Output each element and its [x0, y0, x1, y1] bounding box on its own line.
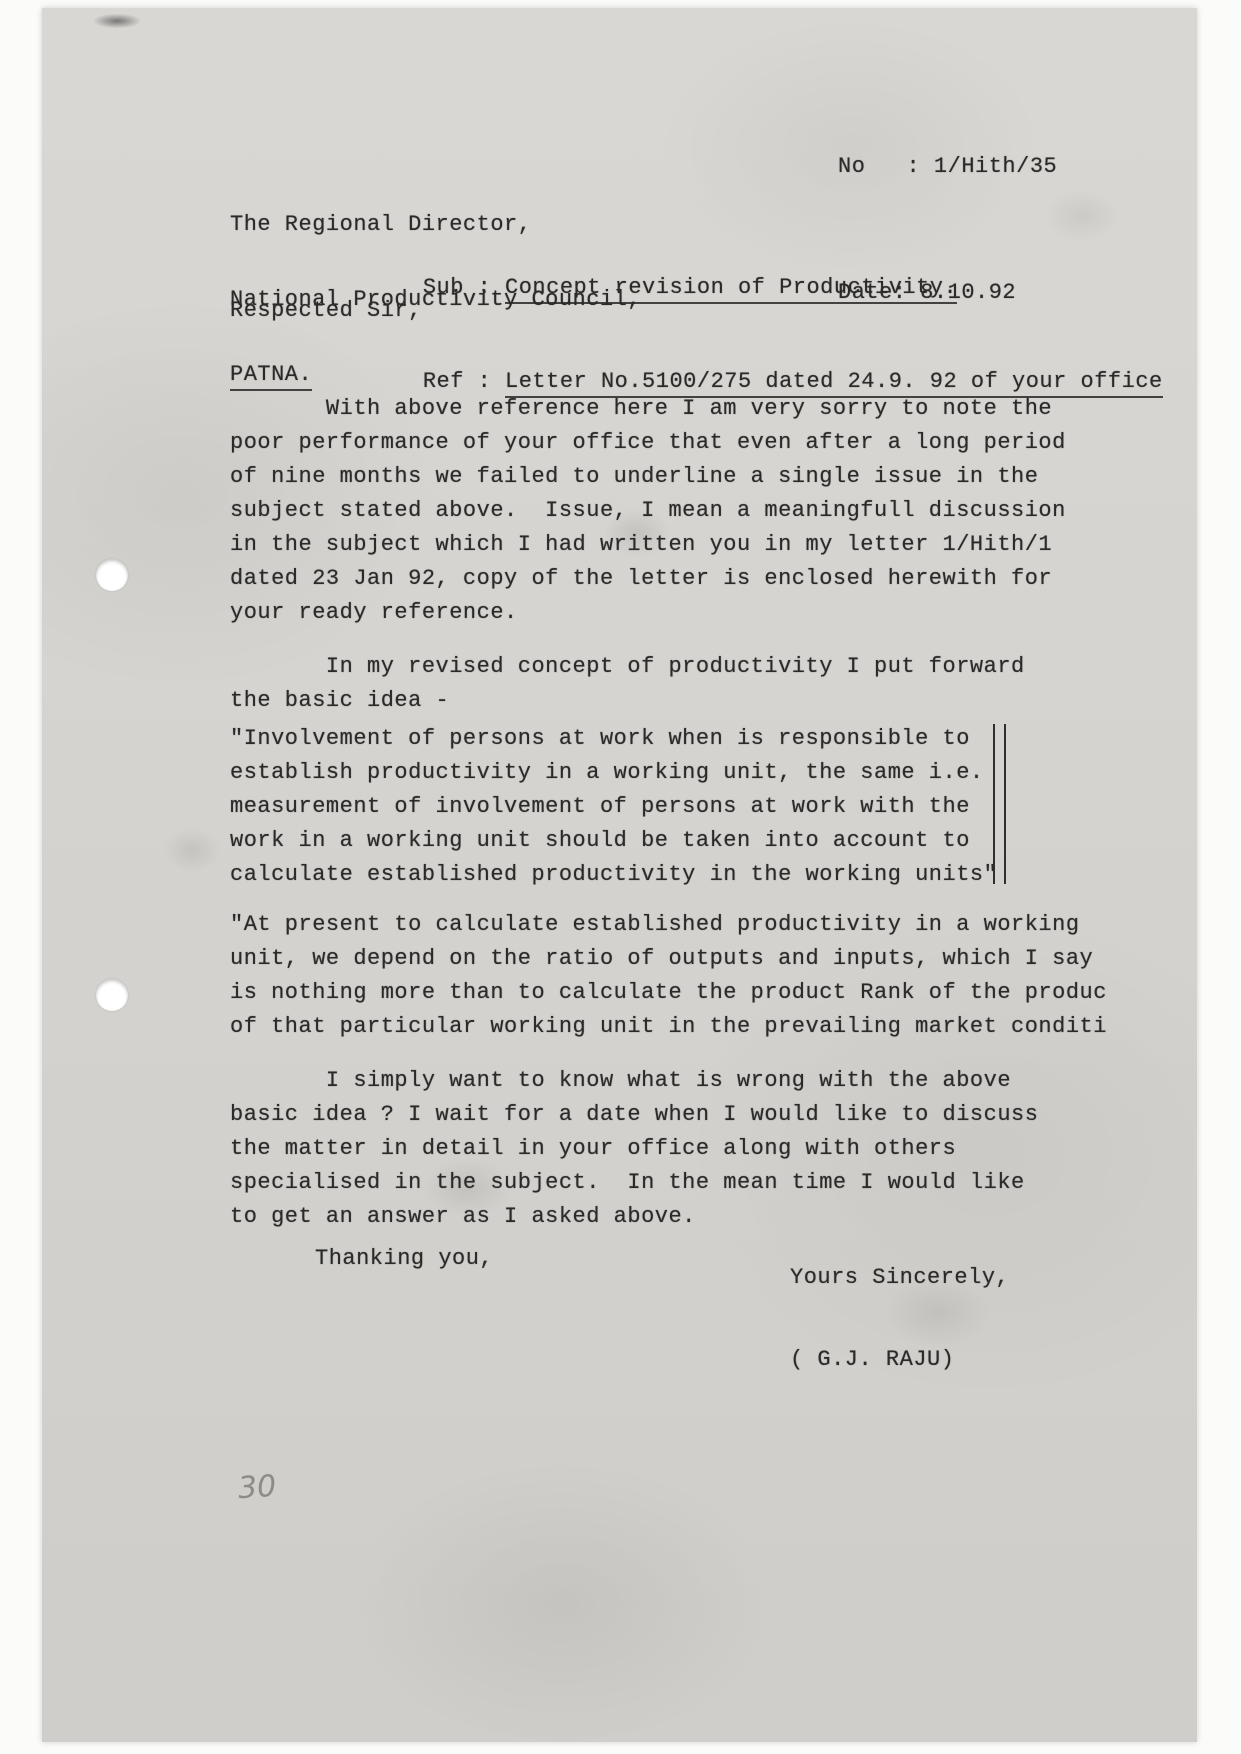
scan-smudge: [94, 14, 140, 28]
closing-thanking: Thanking you,: [315, 1246, 493, 1271]
paper-stain: [162, 828, 222, 873]
body-paragraph-1: With above reference here I am very sorr…: [230, 392, 1066, 630]
salutation: Respected Sir,: [230, 298, 422, 323]
subject-label: Sub :: [423, 275, 505, 300]
letter-paper: No : 1/Hith/35 Date: 8.10.92 The Regiona…: [42, 8, 1197, 1742]
signature-name: ( G.J. RAJU): [790, 1347, 954, 1372]
recipient-title: The Regional Director,: [230, 212, 641, 237]
handwritten-page-number: 30: [237, 1469, 278, 1507]
closing-sincerely: Yours Sincerely,: [790, 1265, 1009, 1290]
reference-label: Ref :: [423, 369, 505, 394]
subject-line: Sub : Concept revision of Productivity.: [368, 250, 957, 325]
body-paragraph-2: In my revised concept of productivity I …: [230, 650, 1025, 718]
scanned-letter-page: { "header": { "no_line": "No : 1/Hith/35…: [0, 0, 1241, 1754]
subject-text: Concept revision of Productivity.: [505, 275, 957, 304]
hole-punch-top: [96, 559, 128, 591]
quotation-block-2: "At present to calculate established pro…: [230, 908, 1107, 1044]
letter-number-line: No : 1/Hith/35: [838, 146, 1057, 188]
hole-punch-bottom: [96, 979, 128, 1011]
recipient-city-text: PATNA.: [230, 362, 312, 391]
quotation-block-1: "Involvement of persons at work when is …: [230, 722, 997, 892]
body-paragraph-3: I simply want to know what is wrong with…: [230, 1064, 1038, 1234]
quotation-margin-bars: [993, 724, 1006, 884]
